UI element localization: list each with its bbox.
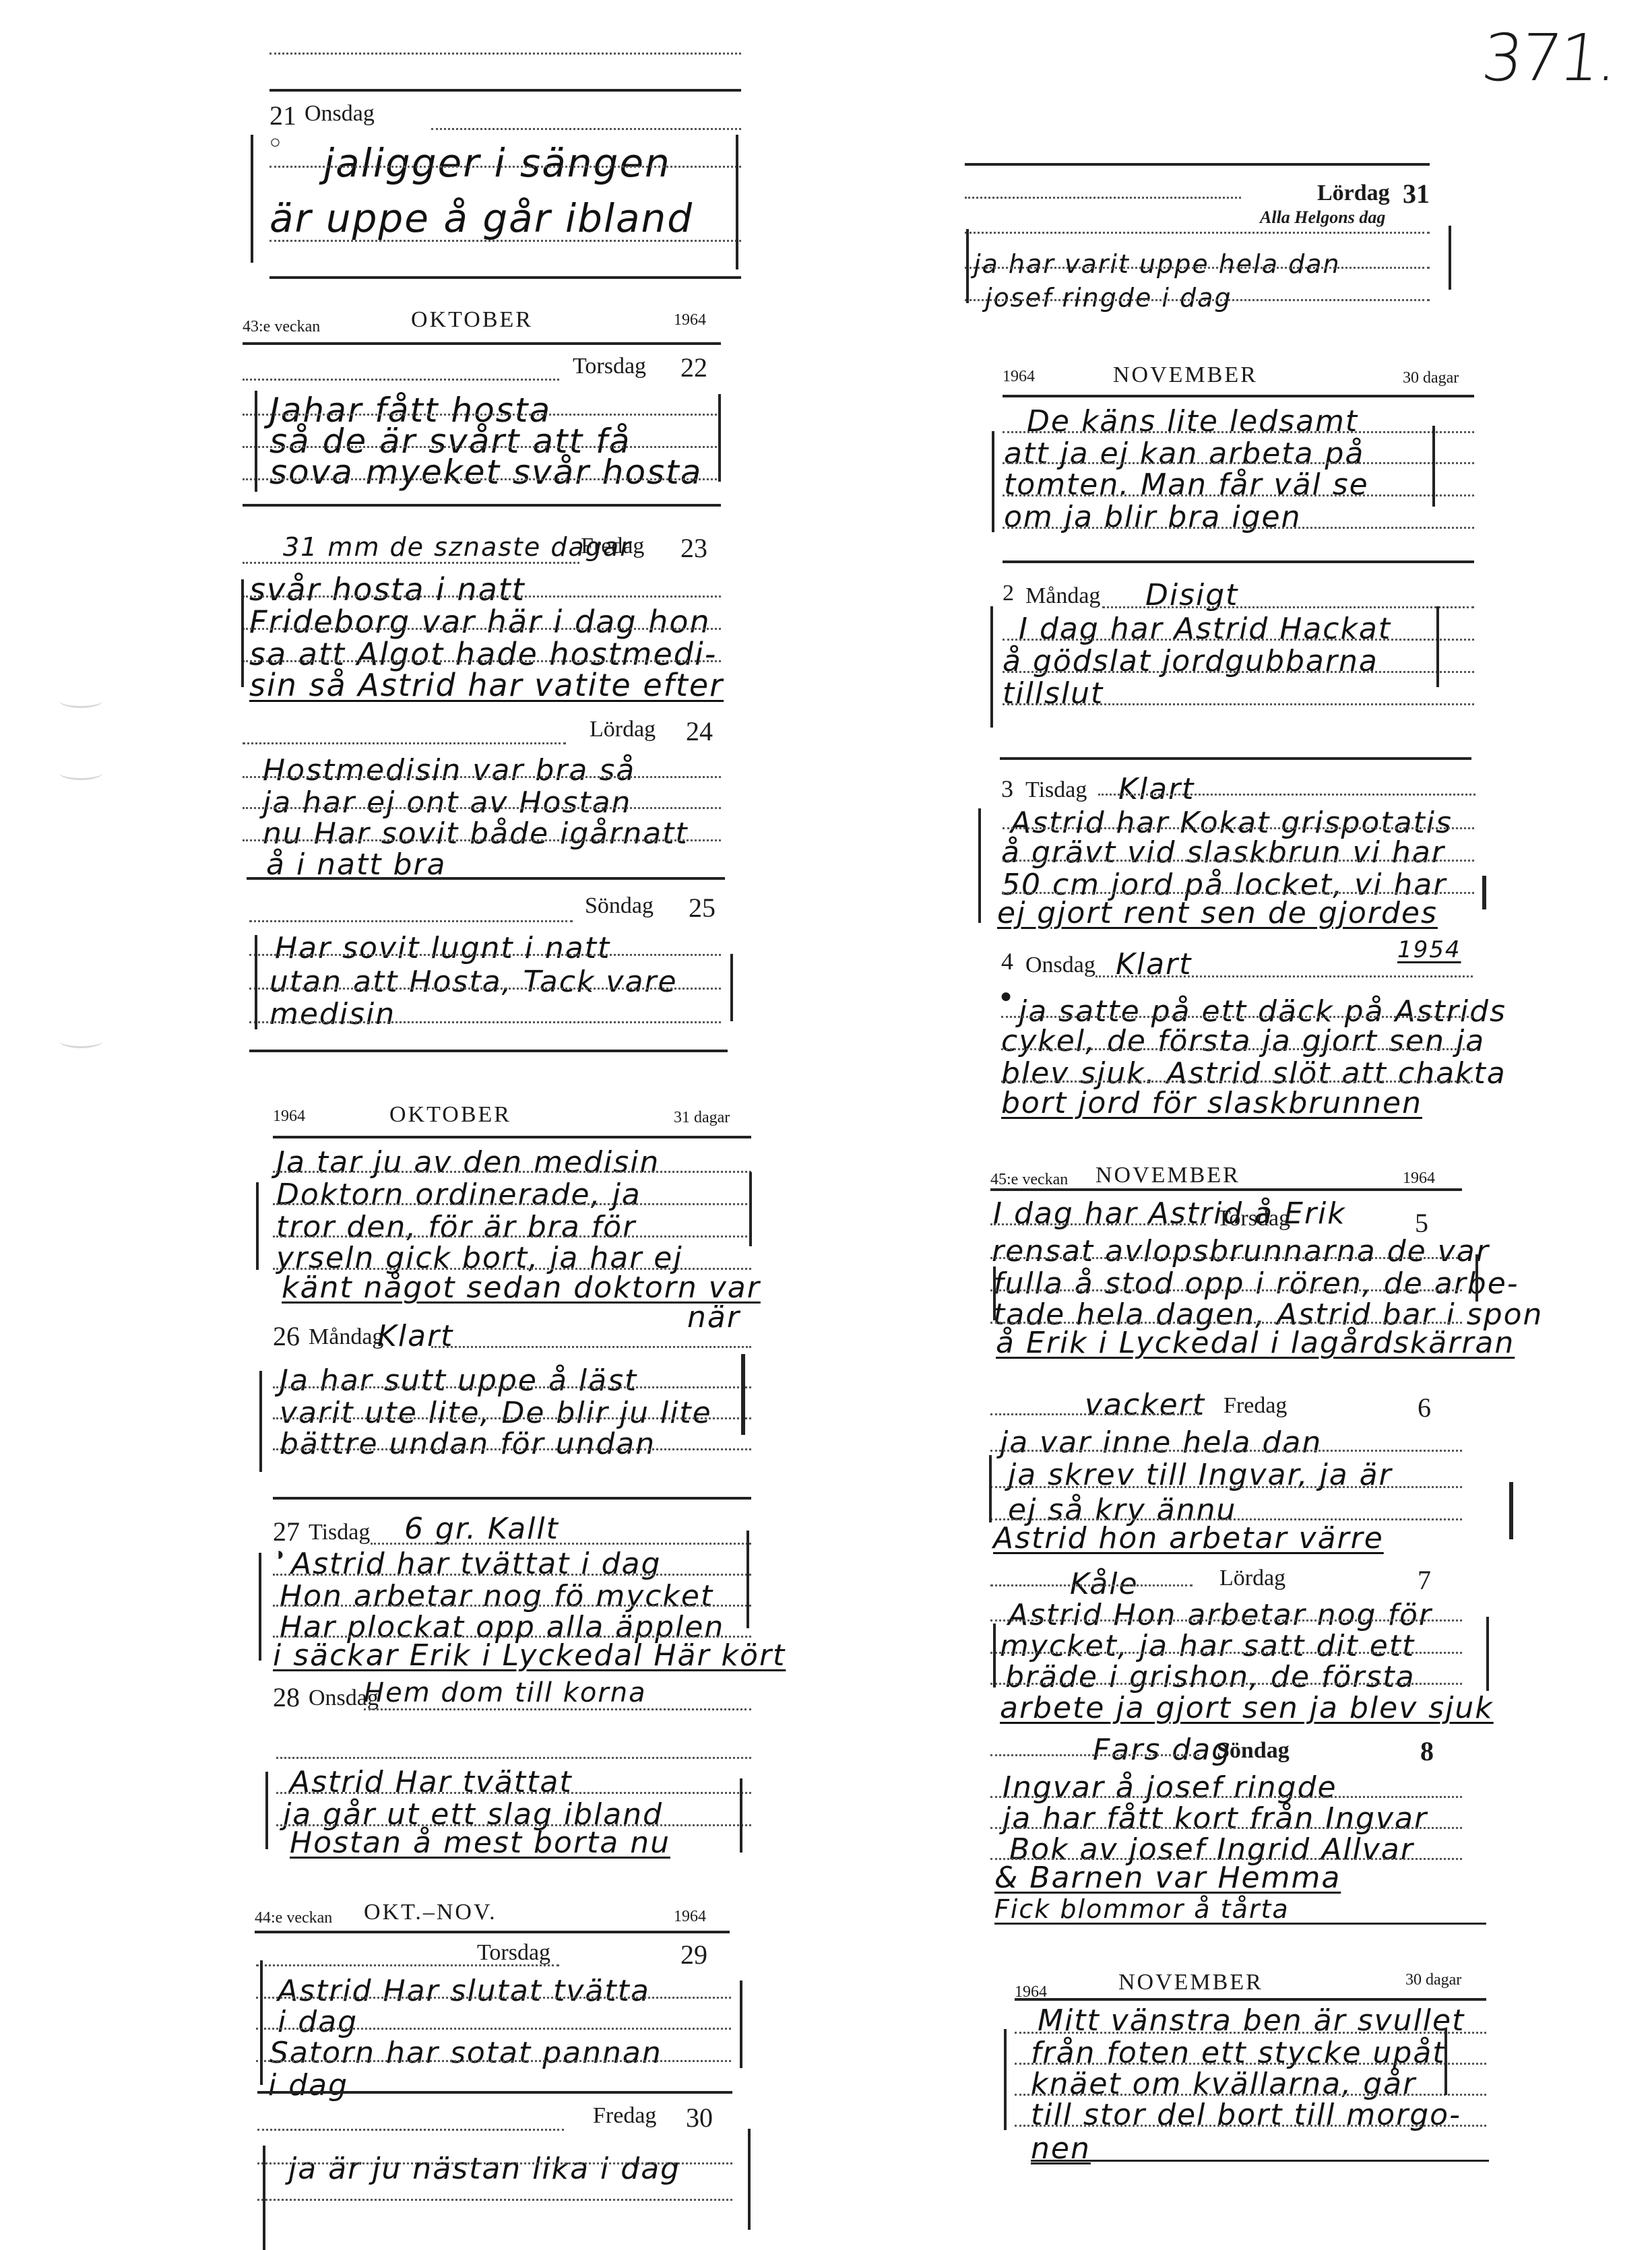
handwritten-line: Har sovit lugnt i natt (275, 931, 610, 965)
handwritten-line: josef ringde i dag (985, 283, 1232, 313)
dotted-line (1003, 639, 1474, 641)
day-number: 22 (680, 352, 707, 383)
handwritten-line: ja har varit uppe hela dan (974, 249, 1341, 279)
margin-bracket (993, 1266, 996, 1320)
handwritten-line: De käns lite ledsamt (1027, 404, 1358, 439)
dotted-line (243, 742, 566, 744)
dotted-line (1015, 2063, 1486, 2065)
rule (1003, 560, 1474, 563)
handwritten-line: Ja har sutt uppe å läst (280, 1363, 637, 1398)
rule (243, 504, 721, 507)
handwritten-line: Hon arbetar nog fö mycket (280, 1579, 713, 1613)
margin-bracket (740, 1981, 742, 2068)
week-label: 45:e veckan (990, 1171, 1068, 1189)
day-name: Måndag (309, 1324, 383, 1350)
dotted-line (965, 197, 1241, 199)
day-number: 2 (1003, 581, 1014, 606)
dotted-line (256, 2028, 731, 2030)
day-number: 30 (686, 2102, 713, 2133)
dotted-line (990, 1518, 1462, 1520)
dotted-line (1001, 1081, 1473, 1083)
dotted-line (431, 128, 741, 130)
handwritten-line: ja har ej ont av Hostan (263, 785, 631, 820)
day-name: Fredag (593, 2103, 656, 2129)
month-label: NOVEMBER (1118, 1970, 1263, 1995)
handwritten-line: tror den, för är bra för (276, 1210, 636, 1244)
rule (257, 2091, 732, 2094)
dotted-line (990, 1796, 1462, 1798)
weather-note: Fars dag (1093, 1733, 1232, 1767)
handwritten-line: rensat avlopsbrunnarna de var (992, 1234, 1490, 1268)
week-label: 43:e veckan (243, 318, 320, 336)
dotted-line (990, 1450, 1462, 1452)
dotted-line (1003, 703, 1474, 705)
margin-bracket (740, 1778, 742, 1853)
handwritten-line: I dag har Astrid Hackat (1019, 612, 1391, 646)
handwritten-line: Hostmedisin var bra så (263, 753, 635, 787)
year-label: 1964 (1003, 368, 1035, 386)
margin-bracket (718, 394, 721, 482)
dotted-line (1003, 860, 1474, 862)
weather-note: vackert (1085, 1388, 1205, 1422)
dotted-line (1095, 975, 1473, 977)
dotted-line (431, 1346, 751, 1348)
rule (1015, 1998, 1486, 2001)
dotted-line (1003, 892, 1474, 894)
dotted-line (256, 2060, 731, 2062)
dotted-line (990, 1223, 1206, 1225)
handwritten-line: ja var inne hela dan (1000, 1425, 1322, 1460)
dotted-line (990, 1322, 1462, 1324)
rule (247, 877, 725, 880)
margin-bracket (260, 1960, 263, 2085)
day-number: 8 (1420, 1735, 1434, 1767)
dotted-line (990, 1486, 1462, 1488)
handwritten-line: till stor del bort till morgo- (1031, 2098, 1461, 2132)
dotted-line (1003, 827, 1474, 829)
dotted-line (273, 1574, 751, 1576)
day-number: 3 (1001, 775, 1013, 803)
margin-bracket (989, 1455, 992, 1522)
dotted-line (990, 1257, 1462, 1259)
dotted-line (273, 1171, 751, 1173)
weather-note: Hem dom till korna (364, 1677, 647, 1708)
handwritten-line: sova myeket svår hosta (269, 453, 702, 492)
dotted-line (243, 776, 721, 778)
dotted-line (990, 1754, 1199, 1756)
rule (1000, 757, 1471, 760)
handwritten-line: Hostan å mest borta nu (290, 1826, 670, 1860)
margin-bracket (990, 606, 993, 728)
dotted-line (243, 379, 559, 381)
margin-bracket (736, 135, 738, 269)
punch-hole-mark (59, 766, 102, 780)
dotted-line (243, 478, 721, 480)
margin-bracket (966, 229, 969, 303)
dotted-line (965, 299, 1430, 301)
rule (965, 163, 1430, 166)
dotted-line (276, 1757, 751, 1759)
punch-hole-mark (59, 694, 102, 708)
margin-bracket (255, 391, 257, 492)
day-name: Lördag (1317, 181, 1390, 206)
dotted-line (371, 1543, 751, 1545)
dotted-line (273, 1386, 751, 1388)
handwritten-line: å Erik i Lyckedal i lagårdskärran (996, 1326, 1515, 1360)
punch-hole-mark (59, 1034, 102, 1048)
dotted-line (273, 1203, 751, 1205)
day-number: 26 (273, 1320, 300, 1352)
day-number: 7 (1418, 1564, 1431, 1596)
handwritten-line: Astrid har tvättat i dag (291, 1547, 661, 1581)
margin-bracket (251, 135, 253, 263)
dotted-line (257, 2199, 732, 2201)
day-number: 6 (1418, 1392, 1431, 1423)
month-label: OKTOBER (389, 1102, 511, 1128)
handwritten-line: Ja tar ju av den medisin (276, 1145, 660, 1180)
handwritten-line: mycket, ja har satt dit ett (1000, 1629, 1415, 1663)
page-number: 371. (1478, 20, 1620, 96)
weather-note: Klart (1118, 772, 1195, 806)
handwritten-line: Doktorn ordinerade, ja (276, 1178, 641, 1212)
handwritten-line: Astrid Hon arbetar nog för (1008, 1598, 1432, 1632)
day-name: Fredag (581, 534, 644, 559)
dotted-line (1003, 462, 1474, 464)
dotted-line (269, 166, 741, 168)
rule (255, 1931, 730, 1933)
day-name: Måndag (1025, 583, 1100, 609)
margin-bracket (1432, 426, 1435, 507)
dotted-line (273, 1268, 751, 1270)
weather-note: Klart (377, 1319, 453, 1353)
handwritten-line: Astrid Har slutat tvätta (278, 1974, 650, 2008)
handwritten-line: Frideborg var här i dag hon (249, 604, 711, 640)
day-number: 4 (1001, 947, 1013, 975)
dotted-line (990, 1619, 1462, 1621)
year-label: 1964 (273, 1107, 305, 1126)
dotted-line (1015, 2032, 1486, 2034)
moon-phase-icon: ○ (269, 132, 281, 154)
day-number: 28 (273, 1681, 300, 1713)
rule (273, 1497, 751, 1500)
handwritten-line: Astrid Har tvättat (290, 1765, 573, 1799)
dotted-line (276, 1792, 751, 1794)
day-number: 25 (689, 892, 716, 924)
dotted-line (1001, 1016, 1473, 1018)
dotted-line (243, 414, 721, 416)
handwritten-line: Satorn har sotat pannan (269, 2036, 662, 2070)
days-in-month: 31 dagar (674, 1109, 730, 1127)
day-number: 24 (686, 715, 713, 747)
handwritten-line: bräde i grishon, de första (1005, 1660, 1416, 1694)
handwritten-line: från foten ett stycke upåt (1031, 2036, 1446, 2070)
dotted-line (256, 1997, 731, 1999)
dotted-line (269, 240, 741, 242)
dotted-line (273, 1605, 751, 1607)
days-in-month: 30 dagar (1403, 369, 1459, 387)
handwritten-line: tillslut (1003, 676, 1104, 711)
dotted-line (257, 2129, 564, 2131)
dotted-line (243, 628, 721, 630)
handwritten-line: om ja blir bra igen (1004, 500, 1301, 534)
handwritten-line: bort jord för slaskbrunnen (1001, 1086, 1422, 1120)
margin-bracket (992, 431, 994, 532)
handwritten-line: I dag har Astrid å Erik (993, 1196, 1346, 1231)
handwritten-line: jaligger i sängen (323, 140, 671, 186)
handwritten-line: nu Har sovit både igårnatt (263, 816, 689, 851)
handwritten-line: bättre undan för undan (280, 1427, 656, 1461)
dotted-line (990, 1858, 1462, 1860)
moon-phase-icon: ● (1000, 985, 1012, 1008)
dotted-line (243, 562, 579, 564)
margin-bracket (1482, 876, 1486, 909)
dotted-line (1098, 794, 1475, 796)
rule (990, 1188, 1462, 1191)
margin-bracket (256, 1182, 259, 1270)
week-label: 44:e veckan (255, 1909, 332, 1927)
day-name: Tisdag (309, 1520, 370, 1545)
handwritten-line: i dag (278, 2005, 358, 2039)
rule (273, 1136, 751, 1138)
rule (269, 276, 741, 279)
margin-bracket (259, 1553, 261, 1661)
dotted-line (273, 1417, 751, 1419)
handwritten-line: knäet om kvällarna, går (1031, 2067, 1416, 2101)
day-number: 23 (680, 532, 707, 564)
dotted-line (249, 1021, 721, 1023)
margin-bracket (749, 1172, 752, 1246)
dotted-line (243, 446, 721, 448)
handwritten-line: är uppe å går ibland (269, 195, 693, 241)
dotted-line (1003, 494, 1474, 496)
margin-bracket (993, 1624, 996, 1687)
day-name: Lördag (590, 717, 656, 742)
rule (994, 1923, 1486, 1925)
day-name: Onsdag (1025, 953, 1095, 978)
dotted-line (1003, 671, 1474, 673)
dotted-line (990, 1652, 1462, 1654)
month-label: NOVEMBER (1095, 1163, 1240, 1188)
margin-bracket (1444, 2028, 1447, 2095)
rule (1003, 395, 1474, 397)
margin-bracket (259, 1371, 262, 1472)
dotted-line (249, 920, 573, 922)
handwritten-line: ja har fått kort från Ingvar (1003, 1801, 1428, 1836)
dotted-line (273, 1448, 751, 1450)
dotted-line (1015, 2094, 1486, 2096)
margin-bracket (263, 2146, 265, 2250)
weather-note: 6 gr. Kallt (404, 1512, 559, 1546)
margin-bracket (746, 1531, 749, 1628)
handwritten-line: Fick blommor å tårta (994, 1894, 1290, 1924)
year-label: 1964 (1403, 1169, 1435, 1188)
holiday-label: Alla Helgons dag (1260, 207, 1385, 228)
day-name: Onsdag (305, 101, 375, 127)
moon-phase-icon: ◑ (273, 1544, 284, 1566)
handwritten-line: tomten. Man får väl se (1004, 468, 1369, 502)
margin-bracket (1436, 606, 1439, 687)
handwritten-line: varit ute lite, De blir ju lite (280, 1396, 712, 1430)
dotted-line (990, 1827, 1462, 1829)
handwritten-line: ej gjort rent sen de gjordes (997, 896, 1438, 930)
year-label: 1964 (674, 311, 706, 329)
margin-bracket (265, 1772, 268, 1849)
dotted-line (990, 1584, 1193, 1586)
dotted-line (273, 1235, 751, 1237)
dotted-line (1102, 606, 1474, 608)
day-number: 21 (269, 100, 296, 131)
margin-bracket (730, 954, 733, 1021)
dotted-line (269, 53, 741, 55)
month-label: OKTOBER (411, 307, 533, 333)
margin-bracket (1475, 1254, 1478, 1301)
dotted-line (273, 1636, 751, 1638)
dotted-line (243, 660, 721, 662)
dotted-line (965, 232, 1430, 234)
dotted-line (1003, 431, 1474, 433)
margin-bracket (241, 579, 244, 687)
dotted-line (1015, 2125, 1486, 2127)
handwritten-line: när (687, 1300, 740, 1335)
handwritten-line: medisin (269, 997, 395, 1031)
day-number: 29 (680, 1939, 707, 1970)
dotted-line (249, 988, 721, 990)
day-number: 31 (1403, 178, 1430, 210)
dotted-line (990, 1289, 1462, 1291)
day-name: Lördag (1219, 1566, 1285, 1591)
handwritten-line: i säckar Erik i Lyckedal Här kört (273, 1638, 786, 1673)
dotted-line (990, 1413, 1199, 1415)
margin-bracket (1509, 1482, 1513, 1539)
dotted-line (243, 807, 721, 809)
handwritten-line: Ingvar å josef ringde (1003, 1770, 1337, 1805)
handwritten-line: sin så Astrid har vatite efter (249, 667, 724, 703)
year-label: 1964 (674, 1908, 706, 1926)
day-name: Torsdag (477, 1940, 550, 1966)
handwritten-line: svår hosta i natt (249, 571, 526, 608)
dotted-line (1003, 527, 1474, 529)
margin-bracket (1486, 1617, 1489, 1691)
dotted-line (990, 1683, 1462, 1685)
day-name: Söndag (585, 893, 654, 919)
handwritten-line: fulla å stod opp i rören, de arbe- (993, 1266, 1519, 1301)
handwritten-line: utan att Hosta, Tack vare (269, 965, 678, 999)
rule (1031, 2160, 1489, 2162)
margin-bracket (255, 935, 257, 1029)
rule (269, 89, 741, 92)
dotted-line (257, 2162, 732, 2164)
dotted-line (1001, 1048, 1473, 1050)
day-number: 27 (273, 1516, 300, 1547)
handwritten-line: Astrid hon arbetar värre (993, 1521, 1384, 1555)
dotted-line (243, 839, 721, 841)
handwritten-line: å grävt vid slaskbrun vi har (1001, 835, 1445, 870)
handwritten-line: & Barnen var Hemma (994, 1861, 1341, 1895)
month-label: NOVEMBER (1113, 362, 1258, 388)
day-name: Tisdag (1025, 777, 1087, 803)
days-in-month: 30 dagar (1405, 1971, 1461, 1989)
handwritten-line: ja är ju nästan lika i dag (288, 2152, 680, 2186)
margin-note-year: 1954 (1397, 936, 1461, 963)
handwritten-line: å gödslat jordgubbarna (1003, 644, 1378, 678)
rule (249, 1050, 728, 1052)
month-label: OKT.–NOV. (364, 1900, 497, 1925)
margin-bracket (741, 1354, 745, 1435)
dotted-line (249, 954, 721, 956)
margin-bracket (1004, 2029, 1007, 2130)
dotted-line (243, 596, 721, 598)
dotted-line (364, 1708, 751, 1710)
weather-note: 31 mm de sznaste dagar (283, 532, 632, 562)
handwritten-line: arbete ja gjort sen ja blev sjuk (1000, 1691, 1494, 1725)
day-name: Torsdag (573, 354, 646, 379)
margin-bracket (978, 808, 981, 923)
rule (243, 342, 721, 345)
handwritten-line: att ja ej kan arbeta på (1004, 437, 1364, 471)
day-name: Söndag (1217, 1738, 1290, 1764)
day-name: Torsdag (1217, 1206, 1290, 1231)
day-name: Fredag (1224, 1393, 1287, 1419)
dotted-line (965, 267, 1430, 269)
handwritten-line: cykel, de första ja gjort sen ja (1001, 1024, 1485, 1058)
handwritten-line: i dag (268, 2068, 348, 2102)
margin-bracket (748, 2129, 751, 2230)
margin-bracket (1449, 226, 1451, 290)
